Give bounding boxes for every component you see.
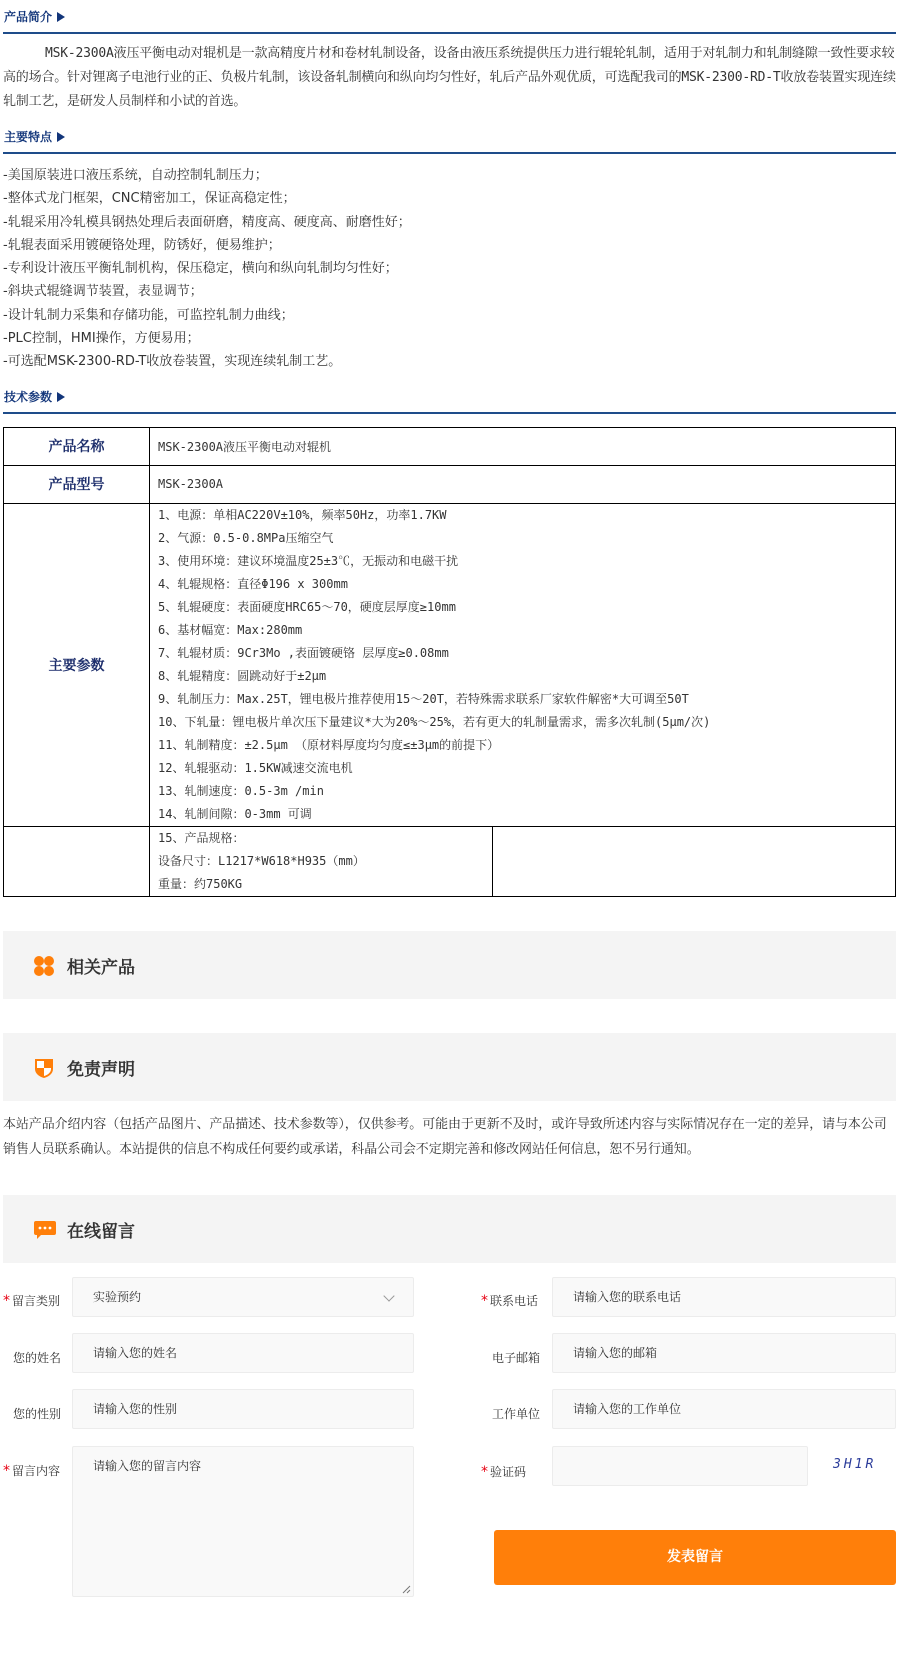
feature-item: -美国原装进口液压系统，自动控制轧制压力； bbox=[3, 164, 896, 187]
param-item: 13、轧制速度：0.5-3m /min bbox=[158, 780, 895, 803]
captcha-label-text: 验证码 bbox=[490, 1465, 526, 1479]
param-item: 6、基材幅宽：Max:280mm bbox=[158, 619, 895, 642]
online-message-title: 在线留言 bbox=[67, 1217, 135, 1242]
intro-section: MSK-2300A液压平衡电动对辊机是一款高精度片材和卷材轧制设备，设备由液压系… bbox=[3, 34, 896, 114]
category-select[interactable]: 实验预约 bbox=[72, 1277, 414, 1317]
required-mark: * bbox=[481, 1464, 488, 1480]
chat-bubble-icon bbox=[33, 1219, 57, 1241]
message-form: *留言类别 实验预约 *联系电话 请输入您的联系电话 您的姓名 请输入您的姓名 … bbox=[3, 1263, 896, 1623]
spec-key: 产品名称 bbox=[4, 427, 150, 465]
param-item: 设备尺寸：L1217*W618*H935（mm） bbox=[158, 850, 492, 873]
intro-heading-label: 产品简介 bbox=[4, 10, 52, 24]
table-row: 15、产品规格： 设备尺寸：L1217*W618*H935（mm） 重量：约75… bbox=[4, 826, 896, 896]
param-item: 2、气源：0.5-0.8MPa压缩空气 bbox=[158, 527, 895, 550]
triangle-right-icon bbox=[57, 392, 65, 402]
table-row: 主要参数 1、电源：单相AC220V±10%，频率50Hz，功率1.7KW 2、… bbox=[4, 503, 896, 826]
param-item: 11、轧制精度：±2.5μm （原材料厚度均匀度≤±3μm的前提下） bbox=[158, 734, 895, 757]
clover-icon bbox=[33, 955, 55, 977]
related-products-header: 相关产品 bbox=[3, 931, 896, 999]
content-label-text: 留言内容 bbox=[12, 1464, 60, 1478]
spec-value: MSK-2300A液压平衡电动对辊机 bbox=[150, 427, 896, 465]
disclaimer-title: 免责声明 bbox=[67, 1055, 135, 1080]
param-item: 9、轧制压力：Max.25T，锂电极片推荐使用15～20T，若特殊需求联系厂家软… bbox=[158, 688, 895, 711]
feature-item: -PLC控制，HMI操作，方便易用； bbox=[3, 327, 896, 350]
table-row: 产品名称 MSK-2300A液压平衡电动对辊机 bbox=[4, 427, 896, 465]
email-input[interactable]: 请输入您的邮箱 bbox=[552, 1333, 896, 1373]
related-products-title: 相关产品 bbox=[67, 953, 135, 978]
content-textarea[interactable]: 请输入您的留言内容 bbox=[72, 1446, 414, 1597]
submit-message-button[interactable]: 发表留言 bbox=[494, 1530, 896, 1585]
gender-input[interactable]: 请输入您的性别 bbox=[72, 1389, 414, 1429]
phone-input[interactable]: 请输入您的联系电话 bbox=[552, 1277, 896, 1317]
spec-key: 主要参数 bbox=[4, 503, 150, 826]
spec-value: MSK-2300A bbox=[150, 465, 896, 503]
required-mark: * bbox=[3, 1463, 10, 1479]
category-label-text: 留言类别 bbox=[12, 1294, 60, 1308]
param-item: 12、轧辊驱动：1.5KW减速交流电机 bbox=[158, 757, 895, 780]
content-placeholder: 请输入您的留言内容 bbox=[93, 1459, 201, 1473]
online-message-header: 在线留言 bbox=[3, 1195, 896, 1263]
intro-text: MSK-2300A液压平衡电动对辊机是一款高精度片材和卷材轧制设备，设备由液压系… bbox=[3, 42, 896, 114]
company-placeholder: 请输入您的工作单位 bbox=[573, 1402, 681, 1416]
feature-item: -斜块式辊缝调节装置，表显调节； bbox=[3, 280, 896, 303]
param-item: 14、轧制间隙：0-3mm 可调 bbox=[158, 803, 895, 826]
category-label: *留言类别 bbox=[3, 1292, 60, 1309]
feature-item: -轧辊采用冷轧模具钢热处理后表面研磨，精度高、硬度高、耐磨性好； bbox=[3, 211, 896, 234]
feature-item: -整体式龙门框架，CNC精密加工，保证高稳定性； bbox=[3, 187, 896, 210]
param-item: 8、轧辊精度：圆跳动好于±2μm bbox=[158, 665, 895, 688]
specs-heading-label: 技术参数 bbox=[4, 390, 52, 404]
features-heading-label: 主要特点 bbox=[4, 130, 52, 144]
company-input[interactable]: 请输入您的工作单位 bbox=[552, 1389, 896, 1429]
triangle-right-icon bbox=[57, 12, 65, 22]
feature-item: -轧辊表面采用镀硬铬处理，防锈好，便易维护； bbox=[3, 234, 896, 257]
param-item: 10、下轧量：锂电极片单次压下量建议*大为20%～25%，若有更大的轧制量需求，… bbox=[158, 711, 895, 734]
param-item: 5、轧辊硬度：表面硬度HRC65～70，硬度层厚度≥10mm bbox=[158, 596, 895, 619]
gender-label: 您的性别 bbox=[13, 1405, 61, 1422]
features-list: -美国原装进口液压系统，自动控制轧制压力； -整体式龙门框架，CNC精密加工，保… bbox=[3, 154, 896, 374]
specs-heading: 技术参数 bbox=[3, 380, 896, 414]
param-item: 7、轧辊材质：9Cr3Mo ,表面镀硬铬 层厚度≥0.08mm bbox=[158, 642, 895, 665]
phone-placeholder: 请输入您的联系电话 bbox=[573, 1290, 681, 1304]
feature-item: -可选配MSK-2300-RD-T收放卷装置，实现连续轧制工艺。 bbox=[3, 350, 896, 373]
category-selected-value: 实验预约 bbox=[93, 1290, 141, 1304]
disclaimer-header: 免责声明 bbox=[3, 1033, 896, 1101]
company-label: 工作单位 bbox=[492, 1405, 540, 1422]
param-item: 重量：约750KG bbox=[158, 873, 492, 896]
email-placeholder: 请输入您的邮箱 bbox=[573, 1346, 657, 1360]
gender-placeholder: 请输入您的性别 bbox=[93, 1402, 177, 1416]
spec-key-empty bbox=[4, 826, 150, 896]
captcha-label: *验证码 bbox=[481, 1463, 526, 1480]
required-mark: * bbox=[3, 1293, 10, 1309]
triangle-right-icon bbox=[57, 132, 65, 142]
name-placeholder: 请输入您的姓名 bbox=[93, 1346, 177, 1360]
feature-item: -专利设计液压平衡轧制机构，保压稳定，横向和纵向轧制均匀性好； bbox=[3, 257, 896, 280]
param-item: 3、使用环境：建议环境温度25±3℃，无振动和电磁干扰 bbox=[158, 550, 895, 573]
features-heading: 主要特点 bbox=[3, 120, 896, 154]
spec-params: 1、电源：单相AC220V±10%，频率50Hz，功率1.7KW 2、气源：0.… bbox=[150, 503, 896, 826]
feature-item: -设计轧制力采集和存储功能，可监控轧制力曲线； bbox=[3, 304, 896, 327]
captcha-image[interactable]: 3H1R bbox=[833, 1457, 876, 1472]
param-item: 4、轧辊规格：直径Φ196 x 300mm bbox=[158, 573, 895, 596]
spec-table: 产品名称 MSK-2300A液压平衡电动对辊机 产品型号 MSK-2300A 主… bbox=[3, 427, 896, 897]
spec-key: 产品型号 bbox=[4, 465, 150, 503]
required-mark: * bbox=[481, 1293, 488, 1309]
chevron-down-icon bbox=[383, 1290, 394, 1301]
captcha-input[interactable] bbox=[552, 1446, 808, 1486]
email-label: 电子邮箱 bbox=[492, 1349, 540, 1366]
phone-label: *联系电话 bbox=[481, 1292, 538, 1309]
shield-icon bbox=[33, 1057, 55, 1079]
spec-extra: 15、产品规格： 设备尺寸：L1217*W618*H935（mm） 重量：约75… bbox=[150, 826, 493, 896]
name-label: 您的姓名 bbox=[13, 1349, 61, 1366]
table-row: 产品型号 MSK-2300A bbox=[4, 465, 896, 503]
phone-label-text: 联系电话 bbox=[490, 1294, 538, 1308]
resize-handle-icon[interactable] bbox=[402, 1585, 411, 1594]
intro-heading: 产品简介 bbox=[3, 0, 896, 34]
param-item: 1、电源：单相AC220V±10%，频率50Hz，功率1.7KW bbox=[158, 504, 895, 527]
disclaimer-text: 本站产品介绍内容（包括产品图片、产品描述、技术参数等），仅供参考。可能由于更新不… bbox=[3, 1101, 896, 1162]
spec-empty-cell bbox=[493, 826, 896, 896]
name-input[interactable]: 请输入您的姓名 bbox=[72, 1333, 414, 1373]
content-label: *留言内容 bbox=[3, 1462, 60, 1479]
param-item: 15、产品规格： bbox=[158, 827, 492, 850]
